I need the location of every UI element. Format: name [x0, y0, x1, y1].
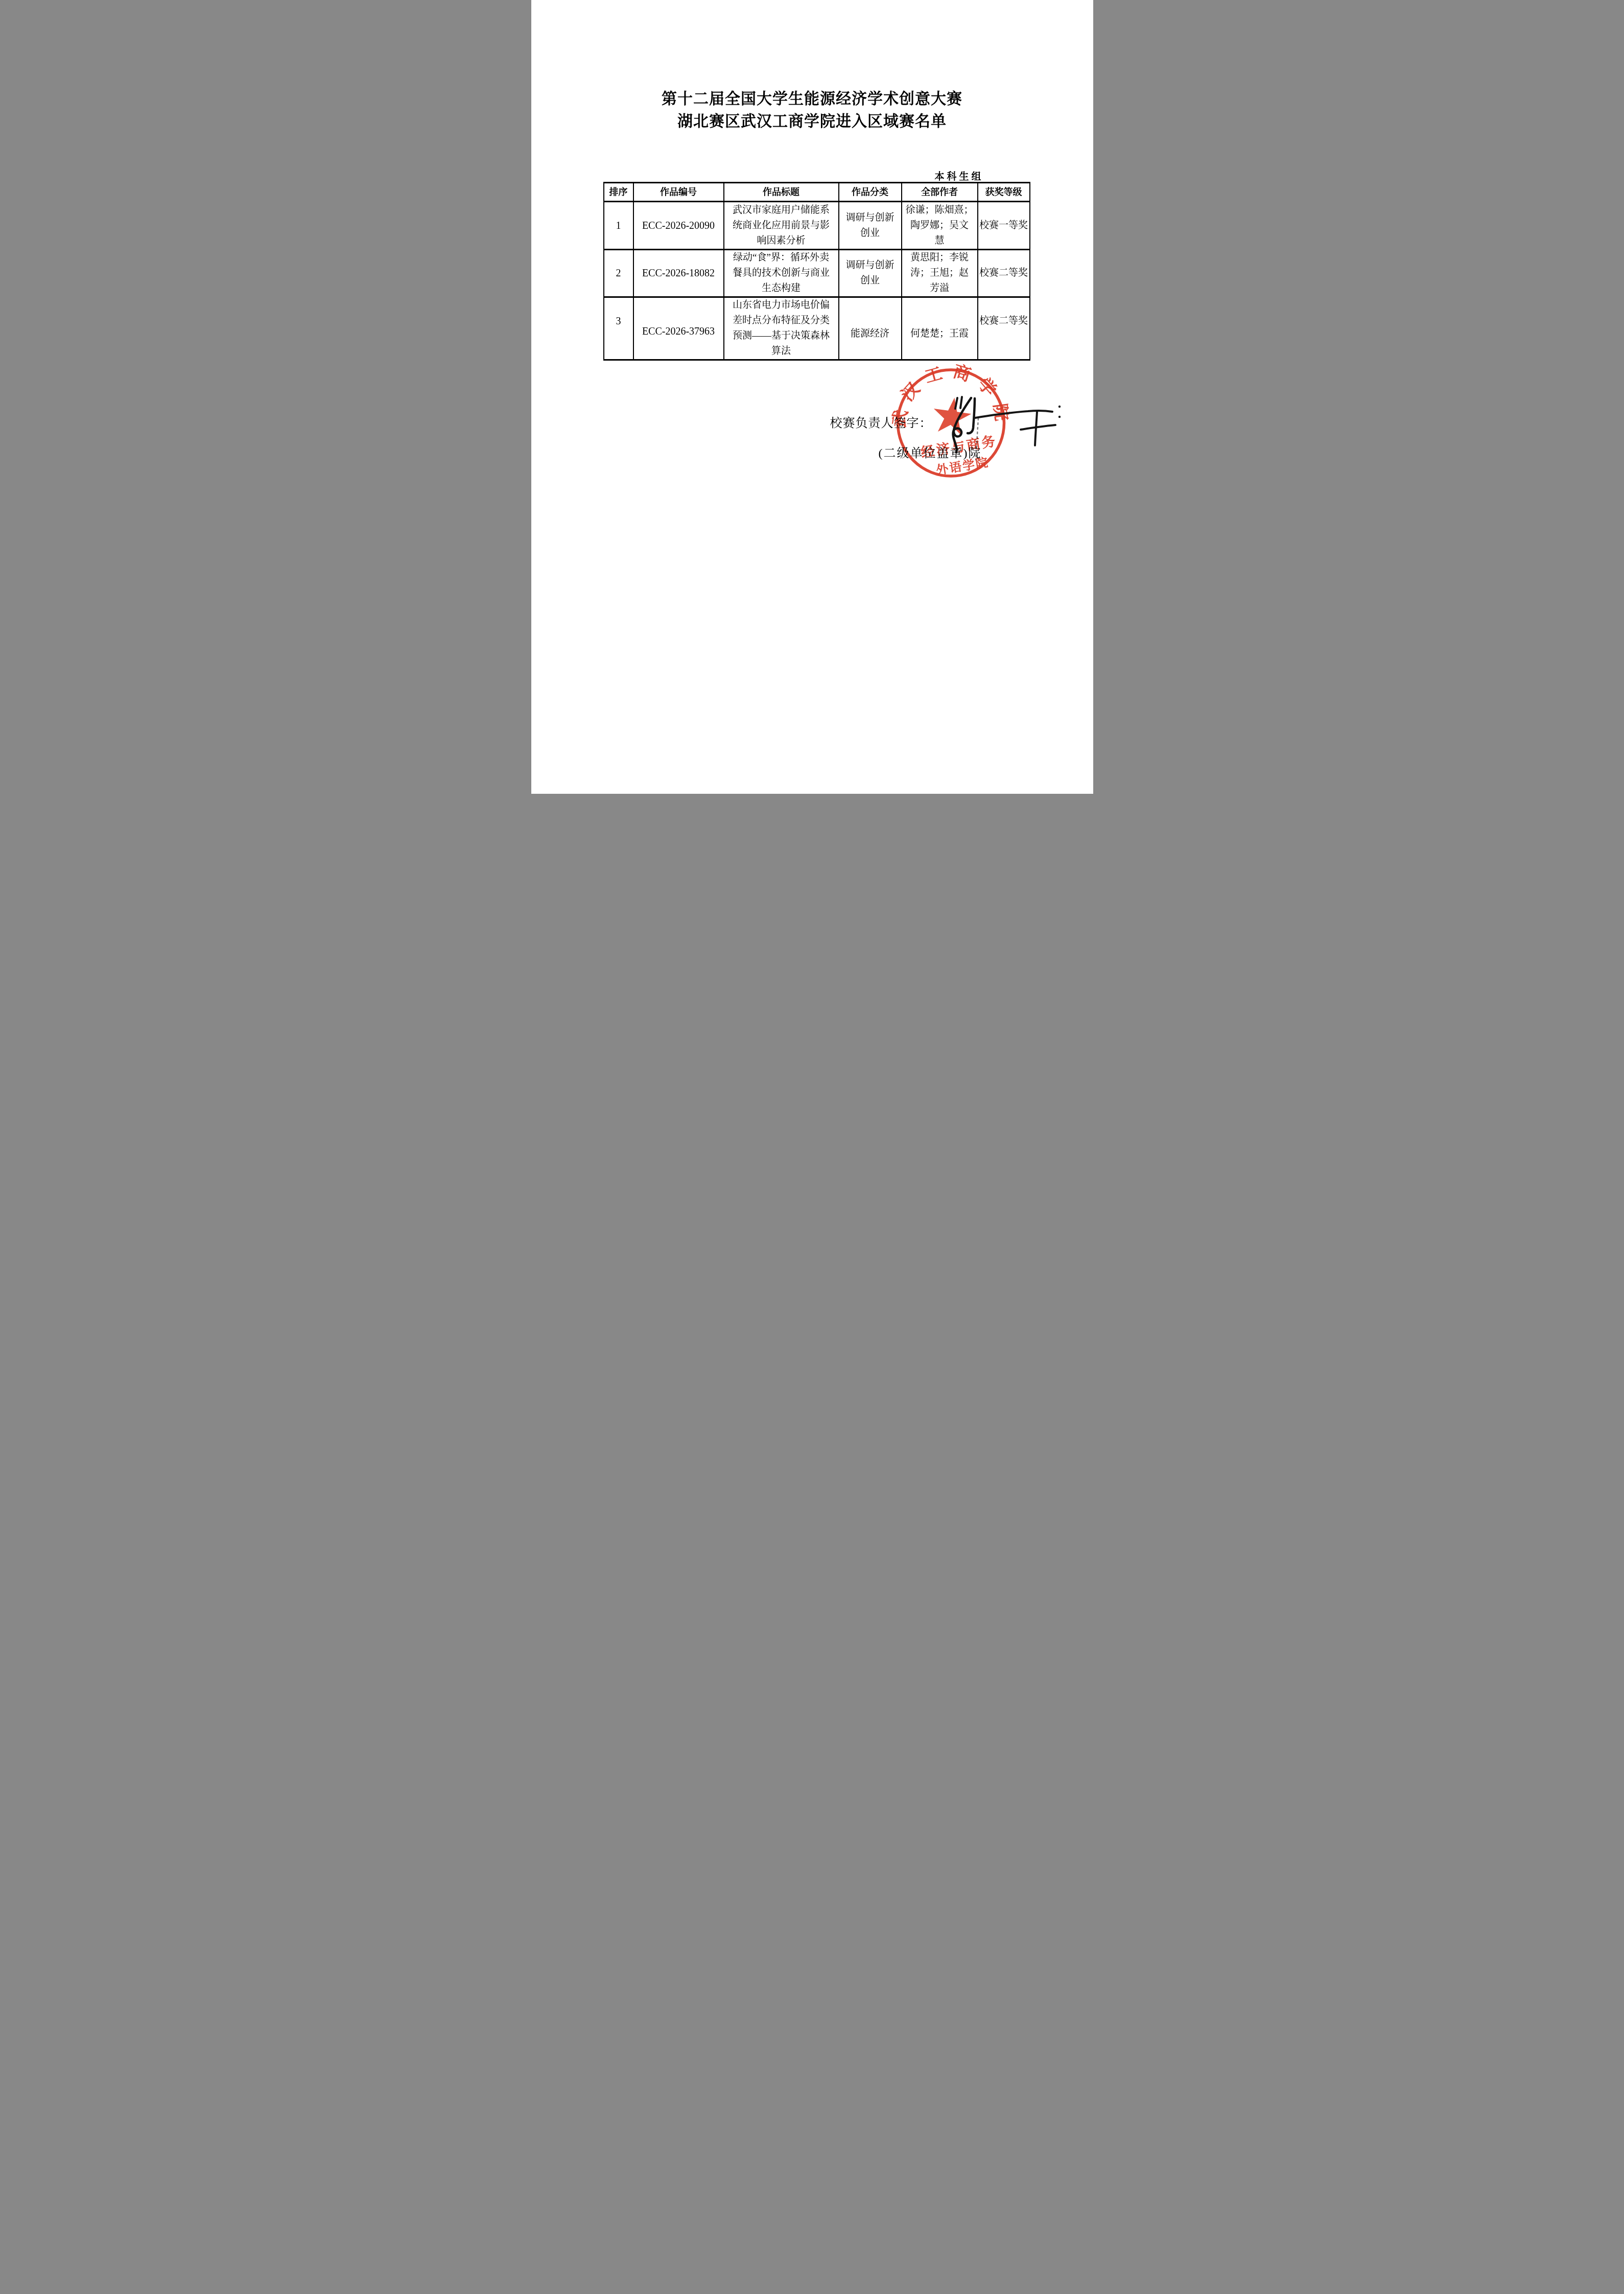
table-header-row: 排序作品编号作品标题作品分类全部作者获奖等级 [604, 183, 1030, 202]
table-cell: 1 [604, 202, 633, 250]
stamp-star-icon [933, 397, 971, 435]
header-cell: 作品标题 [724, 183, 839, 202]
group-label: 本科生组 [934, 169, 983, 183]
table-cell: 能源经济 [839, 297, 902, 360]
table-cell: 徐谦；陈畑熹； 陶罗娜；吴文 慧 [902, 202, 978, 250]
header-cell: 全部作者 [902, 183, 978, 202]
table-cell: 校赛一等奖 [978, 202, 1030, 250]
header-cell: 排序 [604, 183, 633, 202]
header-cell: 作品编号 [633, 183, 724, 202]
header-cell: 作品分类 [839, 183, 902, 202]
table-cell: 校赛二等奖 [978, 297, 1030, 360]
title-line-2: 湖北赛区武汉工商学院进入区域赛名单 [531, 110, 1093, 133]
table-cell: 校赛二等奖 [978, 250, 1030, 297]
document-page: 第十二届全国大学生能源经济学术创意大赛 湖北赛区武汉工商学院进入区域赛名单 本科… [531, 0, 1093, 794]
table-cell: 3 [604, 297, 633, 360]
table-row: 3ECC-2026-37963山东省电力市场电价偏 差时点分布特征及分类 预测—… [604, 297, 1030, 360]
table-cell: 何楚楚；王霞 [902, 297, 978, 360]
results-table: 排序作品编号作品标题作品分类全部作者获奖等级 1ECC-2026-20090武汉… [603, 182, 1030, 361]
table-row: 1ECC-2026-20090武汉市家庭用户储能系 统商业化应用前景与影 响因素… [604, 202, 1030, 250]
official-stamp: 武汉工商学院 经济与商务 外语学院 [880, 351, 1074, 500]
table-cell: 调研与创新 创业 [839, 202, 902, 250]
table-cell: 山东省电力市场电价偏 差时点分布特征及分类 预测——基于决策森林 算法 [724, 297, 839, 360]
table-cell: ECC-2026-20090 [633, 202, 724, 250]
document-title: 第十二届全国大学生能源经济学术创意大赛 湖北赛区武汉工商学院进入区域赛名单 [531, 88, 1093, 133]
table-cell: 武汉市家庭用户储能系 统商业化应用前景与影 响因素分析 [724, 202, 839, 250]
table-cell: 绿动“食”界：循环外卖 餐具的技术创新与商业 生态构建 [724, 250, 839, 297]
header-cell: 获奖等级 [978, 183, 1030, 202]
table-cell: 调研与创新 创业 [839, 250, 902, 297]
table-cell: ECC-2026-18082 [633, 250, 724, 297]
title-line-1: 第十二届全国大学生能源经济学术创意大赛 [531, 88, 1093, 110]
table-row: 2ECC-2026-18082绿动“食”界：循环外卖 餐具的技术创新与商业 生态… [604, 250, 1030, 297]
table-cell: 黄思阳；李锐 涛；王旭；赵 芳溢 [902, 250, 978, 297]
table-body: 1ECC-2026-20090武汉市家庭用户储能系 统商业化应用前景与影 响因素… [604, 202, 1030, 360]
table-cell: 2 [604, 250, 633, 297]
table-cell: ECC-2026-37963 [633, 297, 724, 360]
